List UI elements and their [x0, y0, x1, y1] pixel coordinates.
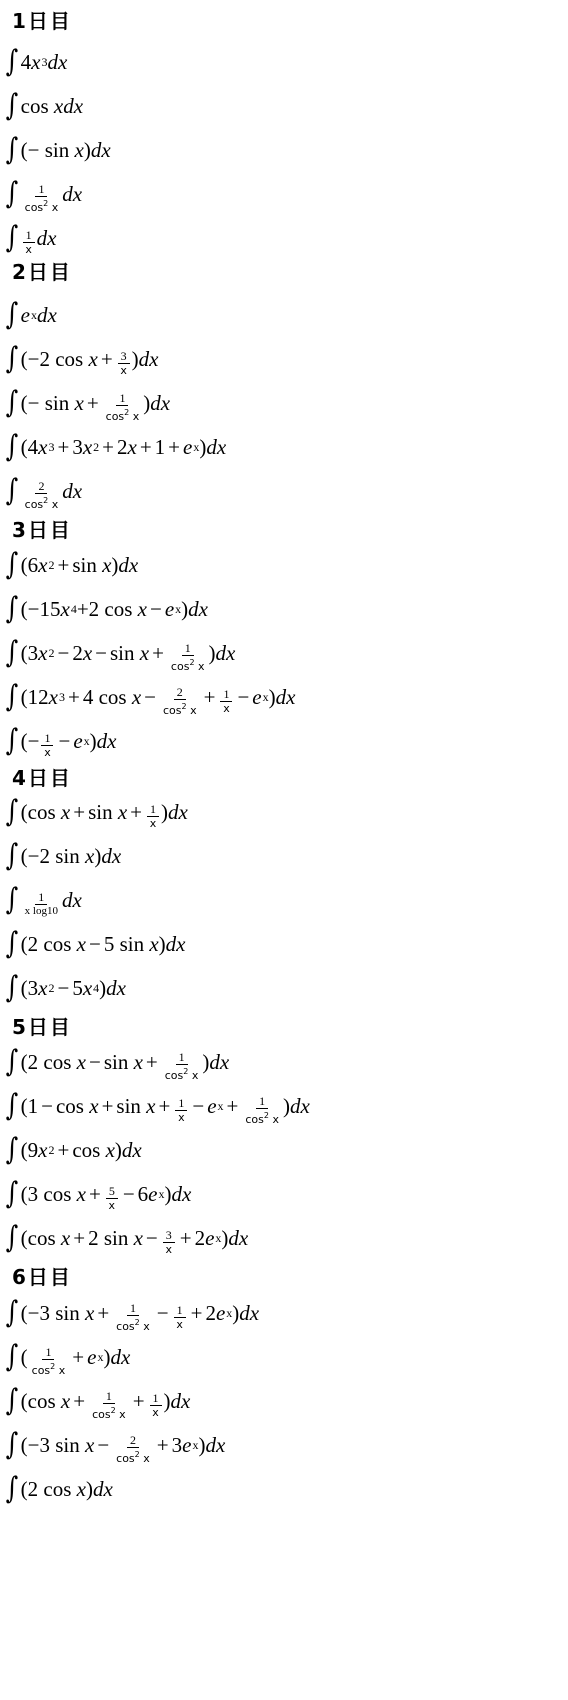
integral-icon: ∫ — [6, 47, 19, 77]
integral-icon: ∫ — [6, 726, 19, 756]
integral-icon: ∫ — [6, 432, 19, 462]
formula-d4-p2: ∫(−2 sin x)dx — [4, 834, 121, 878]
integral-icon: ∫ — [6, 929, 19, 959]
day-3-header: 3日目 — [12, 518, 72, 542]
integral-icon: ∫ — [6, 797, 19, 827]
formula-d1-p5: ∫1xdx — [4, 216, 56, 260]
formula-d6-p4: ∫(−3 sin x−2cos2 x+3ex)dx — [4, 1423, 225, 1467]
formula-d3-p5: ∫(−1x−ex)dx — [4, 719, 116, 763]
formula-d4-p4: ∫(2 cos x−5 sin x)dx — [4, 922, 185, 966]
day-5-header: 5日目 — [12, 1015, 72, 1039]
integral-icon: ∫ — [6, 594, 19, 624]
integral-icon: ∫ — [6, 885, 19, 915]
integral-icon: ∫ — [6, 1298, 19, 1328]
formula-d5-p1: ∫(2 cos x−sin x+1cos2 x)dx — [4, 1040, 229, 1084]
formula-d1-p4: ∫1cos2 xdx — [4, 172, 82, 216]
integral-icon: ∫ — [6, 550, 19, 580]
formula-d3-p1: ∫(6x2+sin x)dx — [4, 543, 138, 587]
integral-icon: ∫ — [6, 841, 19, 871]
formula-d3-p2: ∫(−15x4+2 cos x−ex)dx — [4, 587, 208, 631]
integral-icon: ∫ — [6, 179, 19, 209]
integral-icon: ∫ — [6, 476, 19, 506]
integral-icon: ∫ — [6, 1091, 19, 1121]
integral-icon: ∫ — [6, 91, 19, 121]
formula-d2-p4: ∫(4x3+3x2+2x+1+ex)dx — [4, 425, 226, 469]
formula-d4-p3: ∫1x log10dx — [4, 878, 82, 922]
formula-d5-p3: ∫(9x2+cos x)dx — [4, 1128, 142, 1172]
integral-icon: ∫ — [6, 973, 19, 1003]
integral-icon: ∫ — [6, 223, 19, 253]
integral-icon: ∫ — [6, 1179, 19, 1209]
day-6-header: 6日目 — [12, 1265, 72, 1289]
formula-d2-p1: ∫exdx — [4, 293, 57, 337]
formula-d6-p2: ∫(1cos2 x+ex)dx — [4, 1335, 130, 1379]
formula-d2-p5: ∫2cos2 xdx — [4, 469, 82, 513]
integral-icon: ∫ — [6, 1047, 19, 1077]
formula-d6-p1: ∫(−3 sin x+1cos2 x−1x+2ex)dx — [4, 1291, 259, 1335]
day-4-header: 4日目 — [12, 766, 72, 790]
formula-d5-p5: ∫(cos x+2 sin x−3x+2ex)dx — [4, 1216, 248, 1260]
formula-d6-p5: ∫(2 cos x)dx — [4, 1467, 113, 1511]
formula-d5-p2: ∫(1−cos x+sin x+1x−ex+1cos2 x)dx — [4, 1084, 310, 1128]
formula-d1-p3: ∫(− sin x)dx — [4, 128, 111, 172]
formula-d6-p3: ∫(cos x+1cos2 x+1x)dx — [4, 1379, 190, 1423]
formula-d1-p1: ∫4x3dx — [4, 40, 67, 84]
integral-icon: ∫ — [6, 1135, 19, 1165]
formula-d4-p1: ∫(cos x+sin x+1x)dx — [4, 790, 188, 834]
integral-icon: ∫ — [6, 1386, 19, 1416]
day-1-header: 1日目 — [12, 9, 72, 33]
integral-icon: ∫ — [6, 1474, 19, 1504]
integral-icon: ∫ — [6, 638, 19, 668]
integral-icon: ∫ — [6, 344, 19, 374]
integral-icon: ∫ — [6, 388, 19, 418]
formula-d4-p5: ∫(3x2−5x4)dx — [4, 966, 126, 1010]
integral-icon: ∫ — [6, 1342, 19, 1372]
day-2-header: 2日目 — [12, 260, 72, 284]
integral-icon: ∫ — [6, 682, 19, 712]
integral-icon: ∫ — [6, 135, 19, 165]
integral-icon: ∫ — [6, 1223, 19, 1253]
formula-d3-p4: ∫(12x3+4 cos x−2cos2 x+1x−ex)dx — [4, 675, 295, 719]
formula-d3-p3: ∫(3x2−2x−sin x+1cos2 x)dx — [4, 631, 235, 675]
integral-icon: ∫ — [6, 300, 19, 330]
formula-d2-p2: ∫(−2 cos x+3x)dx — [4, 337, 158, 381]
formula-d5-p4: ∫(3 cos x+5x−6ex)dx — [4, 1172, 191, 1216]
formula-d2-p3: ∫(− sin x+1cos2 x)dx — [4, 381, 170, 425]
integral-icon: ∫ — [6, 1430, 19, 1460]
formula-d1-p2: ∫cos xdx — [4, 84, 83, 128]
